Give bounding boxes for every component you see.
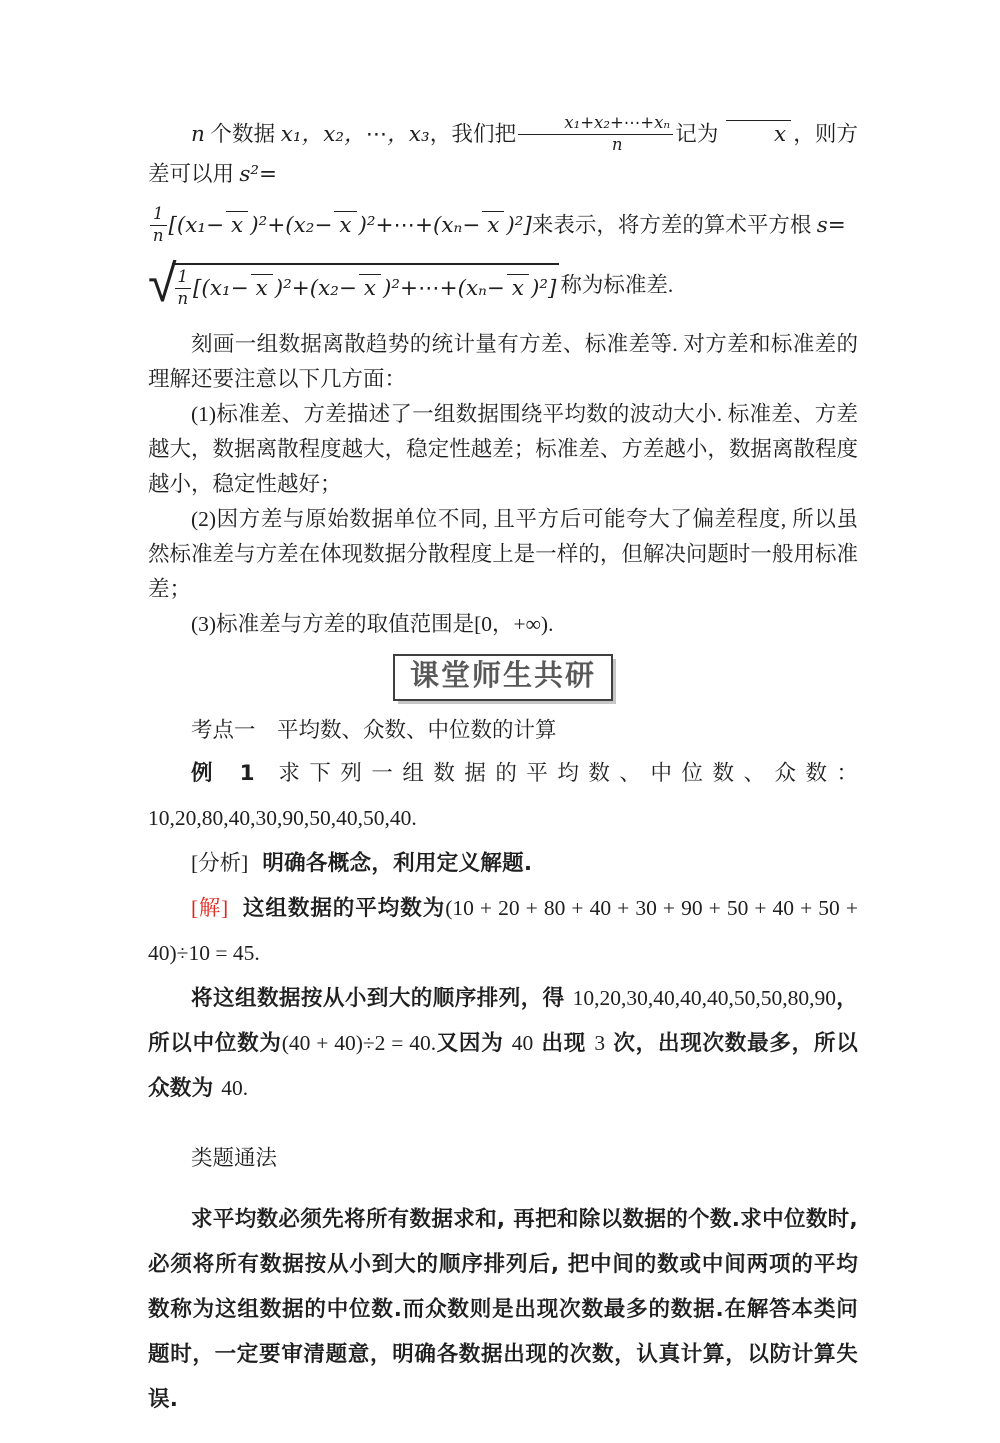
fraction-denominator: n [153, 226, 164, 245]
fraction-numerator: 1 [175, 268, 192, 288]
mean-fraction: x₁+x₂+⋯+xₙn [518, 114, 673, 154]
ordering-paragraph: 将这组数据按从小到大的顺序排列，得 10,20,30,40,40,40,50,5… [148, 976, 858, 1111]
number: 3 [594, 1031, 605, 1055]
math-token: )²] [506, 213, 531, 238]
intro-paragraph-point2: (2)因方差与原始数据单位不同, 且平方后可能夸大了偏差程度, 所以虽然标准差与… [148, 502, 858, 607]
document-page: n 个数据 x₁，x₂，⋯，x₃，我们把x₁+x₂+⋯+xₙn记为 x，则方差可… [148, 116, 858, 1443]
solution-lead: 这组数据的平均数为 [242, 896, 445, 921]
x-bar: x [507, 274, 529, 300]
analysis-text: 明确各概念，利用定义解题. [262, 851, 532, 876]
variance-definition-line-1: n 个数据 x₁，x₂，⋯，x₃，我们把x₁+x₂+⋯+xₙn记为 x，则方差可… [148, 116, 858, 193]
var-n: n [191, 122, 205, 147]
x-bar: x [226, 211, 248, 237]
fraction-denominator: n [569, 135, 623, 154]
x-bar: x [334, 211, 356, 237]
s-equals: s= [817, 213, 846, 238]
x-bar: x [359, 274, 381, 300]
math-token: )²+⋯+(xₙ− [383, 276, 505, 301]
one-over-n-fraction: 1n [150, 205, 167, 245]
intro-paragraph-point1: (1)标准差、方差描述了一组数据围绕平均数的波动大小. 标准差、方差越大，数据离… [148, 397, 858, 502]
solution-paragraph: [解]这组数据的平均数为(10 + 20 + 80 + 40 + 30 + 90… [148, 886, 858, 976]
example-line: 例 1求下列一组数据的平均数、中位数、众数：10,20,80,40,30,90,… [148, 751, 858, 841]
math-token: )²] [531, 276, 556, 301]
x-bar: x [726, 120, 791, 146]
square-root: √1n[(x₁−x)²+(x₂−x)²+⋯+(xₙ−x)²] [148, 261, 559, 313]
median-math: (40 + 40)÷2 = 40. [282, 1031, 436, 1055]
method-paragraph: 求平均数必须先将所有数据求和, 再把和除以数据的个数.求中位数时, 必须将所有数… [148, 1197, 858, 1422]
math-token: )²+(x₂− [250, 213, 332, 238]
fraction-numerator: 1 [150, 205, 167, 225]
math-token: [(x₁− [169, 213, 225, 238]
analysis-label: [分析] [191, 851, 248, 875]
x-bar: x [251, 274, 273, 300]
fraction-numerator: x₁+x₂+⋯+xₙ [518, 114, 673, 134]
radicand: 1n[(x₁−x)²+(x₂−x)²+⋯+(xₙ−x)²] [172, 263, 560, 310]
topic-heading: 考点一 平均数、众数、中位数的计算 [148, 709, 858, 751]
solution-label: [解] [191, 896, 228, 920]
fraction-denominator: n [177, 289, 188, 308]
text-segment: 又因为 [436, 1031, 512, 1056]
text-segment: 将这组数据按从小到大的顺序排列，得 [191, 986, 573, 1011]
text-segment: 来表示，将方差的算术平方根 [532, 213, 817, 237]
banner-row: 课堂师生共研 [148, 654, 858, 701]
section-banner: 课堂师生共研 [393, 654, 613, 701]
text-segment: 出现 [533, 1031, 594, 1056]
text-segment: 个数据 [205, 122, 281, 146]
intro-paragraph-overview: 刻画一组数据离散趋势的统计量有方差、标准差等. 对方差和标准差的理解还要注意以下… [148, 327, 858, 397]
sorted-data: 10,20,30,40,40,40,50,50,80,90 [573, 986, 836, 1010]
text-segment: 称为标准差. [560, 273, 673, 297]
radical-sign-icon: √ [148, 258, 177, 310]
number: 40. [221, 1076, 248, 1100]
math-token: )²+(x₂− [275, 276, 357, 301]
x-bar: x [482, 211, 504, 237]
intro-paragraph-point3: (3)标准差与方差的取值范围是[0，+∞). [148, 607, 858, 642]
example-label: 例 1 [191, 761, 255, 786]
analysis-line: [分析]明确各概念，利用定义解题. [148, 841, 858, 886]
number: 40 [512, 1031, 534, 1055]
s-squared-equals: s²= [239, 162, 277, 187]
text-segment: 记为 [675, 122, 724, 146]
math-token: )²+⋯+(xₙ− [359, 213, 481, 238]
variance-definition-line-2: 1n[(x₁−x)²+(x₂−x)²+⋯+(xₙ−x)²]来表示，将方差的算术平… [148, 207, 858, 247]
text-segment: ，我们把 [430, 122, 517, 146]
data-variables: x₁，x₂，⋯，x₃ [281, 122, 430, 147]
math-token: [(x₁− [193, 276, 249, 301]
one-over-n-fraction: 1n [175, 268, 192, 308]
method-heading: 类题通法 [148, 1141, 858, 1175]
standard-deviation-line: √1n[(x₁−x)²+(x₂−x)²+⋯+(xₙ−x)²]称为标准差. [148, 261, 858, 313]
